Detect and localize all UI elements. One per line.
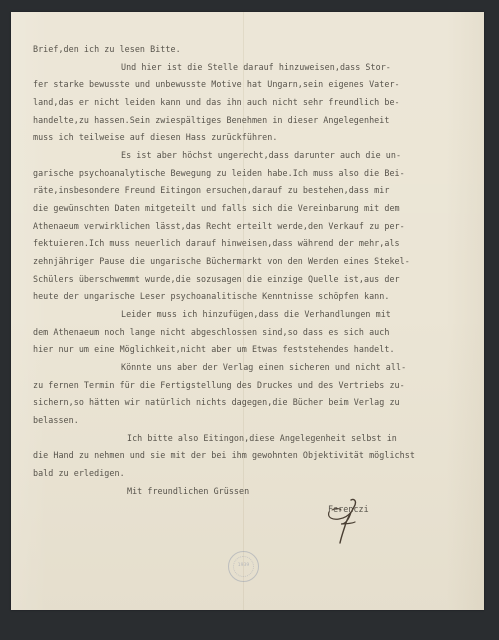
letter-line: Schülers überschwemmt wurde,die sozusage…: [33, 273, 400, 285]
letter-line: belassen.: [33, 414, 79, 426]
letter-line: Brief,den ich zu lesen Bitte.: [33, 43, 181, 55]
letter-line: bald zu erledigen.: [33, 467, 125, 479]
letter-line: garische psychoanalytische Bewegung zu l…: [33, 167, 405, 179]
letter-line: handelte,zu hassen.Sein zwiespältiges Be…: [33, 114, 389, 126]
letter-line: Und hier ist die Stelle darauf hinzuweis…: [121, 61, 391, 73]
handwritten-signature-icon: [327, 498, 365, 544]
letter-line: fer starke bewusste und unbewusste Motiv…: [33, 78, 400, 90]
letter-line: räte,insbesondere Freund Eitingon ersuch…: [33, 184, 389, 196]
letter-line: muss ich teilweise auf diesen Hass zurüc…: [33, 131, 277, 143]
letter-line: die gewünschten Daten mitgeteilt und fal…: [33, 202, 400, 214]
letter-line: Leider muss ich hinzufügen,dass die Verh…: [121, 308, 391, 320]
letter-line: dem Athenaeum noch lange nicht abgeschlo…: [33, 326, 389, 338]
letter-line: sichern,so hätten wir natürlich nichts d…: [33, 396, 400, 408]
closing-line: Mit freundlichen Grüssen: [127, 485, 249, 497]
letter-line: heute der ungarische Leser psychoanaliti…: [33, 290, 389, 302]
letter-line: hier nur um eine Möglichkeit,nicht aber …: [33, 343, 395, 355]
letter-line: fektuieren.Ich muss neuerlich darauf hin…: [33, 237, 400, 249]
letter-line: zu fernen Termin für die Fertigstellung …: [33, 379, 405, 391]
letter-line: Ich bitte also Eitingon,diese Angelegenh…: [127, 432, 397, 444]
letter-line: land,das er nicht leiden kann und das ih…: [33, 96, 400, 108]
letter-line: Athenaeum verwirklichen lässt,das Recht …: [33, 220, 405, 232]
letter-line: Es ist aber höchst ungerecht,dass darunt…: [121, 149, 401, 161]
archive-stamp-text: 1939: [229, 563, 258, 568]
letter-line: Könnte uns aber der Verlag einen sichere…: [121, 361, 406, 373]
letter-line: zehnjähriger Pause die ungarische Bücher…: [33, 255, 410, 267]
letter-line: die Hand zu nehmen und sie mit der bei i…: [33, 449, 415, 461]
archive-stamp: 1939: [228, 551, 259, 582]
